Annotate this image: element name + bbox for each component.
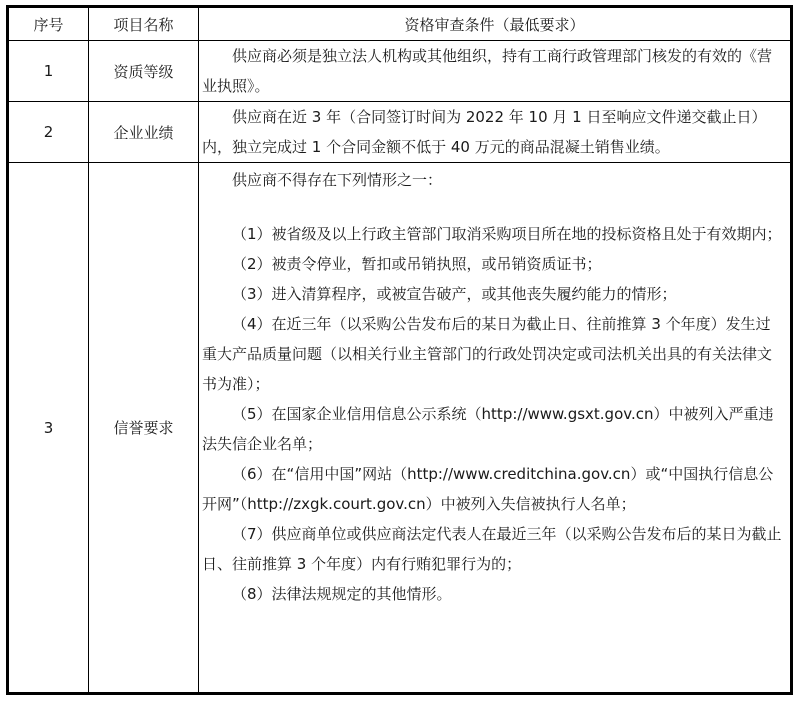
row-requirement: 供应商不得存在下列情形之一： （1）被省级及以上行政主管部门取消采购项目所在地的… [199, 163, 791, 693]
condition-item: （3）进入清算程序，或被宣告破产，或其他丧失履约能力的情形； [202, 279, 784, 309]
row-item-name: 企业业绩 [89, 102, 199, 163]
row-item-name: 信誉要求 [89, 163, 199, 693]
qualification-grid: 序号 项目名称 资格审查条件（最低要求） 1 资质等级 供应商必须是独立法人机构… [8, 7, 791, 693]
row-requirement: 供应商必须是独立法人机构或其他组织，持有工商行政管理部门核发的有效的《营业执照》… [199, 41, 791, 102]
row-no: 1 [9, 41, 89, 102]
condition-item: （8）法律法规规定的其他情形。 [202, 579, 784, 609]
qualification-table: 序号 项目名称 资格审查条件（最低要求） 1 资质等级 供应商必须是独立法人机构… [6, 5, 793, 695]
row-no: 2 [9, 102, 89, 163]
requirement-intro: 供应商不得存在下列情形之一： [202, 165, 784, 195]
requirement-text: 供应商必须是独立法人机构或其他组织，持有工商行政管理部门核发的有效的《营业执照》… [202, 41, 784, 101]
row-no: 3 [9, 163, 89, 693]
header-row: 序号 项目名称 资格审查条件（最低要求） [9, 8, 791, 41]
condition-item: （6）在“信用中国”网站（http://www.creditchina.gov.… [202, 459, 784, 519]
row-item-name: 资质等级 [89, 41, 199, 102]
table-row: 1 资质等级 供应商必须是独立法人机构或其他组织，持有工商行政管理部门核发的有效… [9, 41, 791, 102]
condition-item: （7）供应商单位或供应商法定代表人在最近三年（以采购公告发布后的某日为截止日、往… [202, 519, 784, 579]
header-requirement: 资格审查条件（最低要求） [199, 8, 791, 41]
table-row: 3 信誉要求 供应商不得存在下列情形之一： （1）被省级及以上行政主管部门取消采… [9, 163, 791, 693]
condition-item: （5）在国家企业信用信息公示系统（http://www.gsxt.gov.cn）… [202, 399, 784, 459]
header-item-name: 项目名称 [89, 8, 199, 41]
requirement-text: 供应商在近 3 年（合同签订时间为 2022 年 10 月 1 日至响应文件递交… [202, 102, 784, 162]
condition-item: （1）被省级及以上行政主管部门取消采购项目所在地的投标资格且处于有效期内； [202, 219, 784, 249]
header-no: 序号 [9, 8, 89, 41]
table-row: 2 企业业绩 供应商在近 3 年（合同签订时间为 2022 年 10 月 1 日… [9, 102, 791, 163]
row-requirement: 供应商在近 3 年（合同签订时间为 2022 年 10 月 1 日至响应文件递交… [199, 102, 791, 163]
blank-line [202, 195, 784, 219]
condition-item: （4）在近三年（以采购公告发布后的某日为截止日、往前推算 3 个年度）发生过重大… [202, 309, 784, 399]
condition-item: （2）被责令停业，暂扣或吊销执照，或吊销资质证书； [202, 249, 784, 279]
